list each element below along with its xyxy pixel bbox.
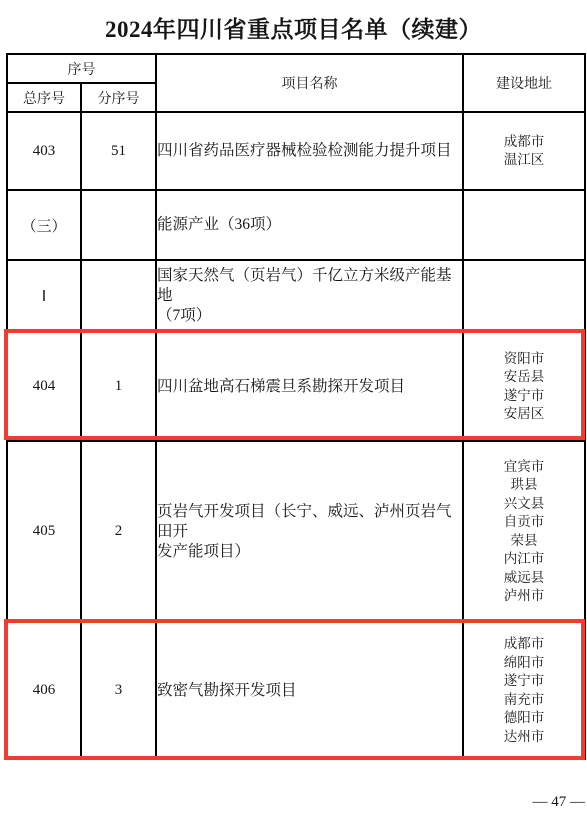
cell-project-name: 页岩气开发项目（长宁、威远、泸州页岩气田开 发产能项目） xyxy=(156,441,463,622)
cell-project-name: 致密气勘探开发项目 xyxy=(156,622,463,759)
header-project-name: 项目名称 xyxy=(156,54,463,112)
page-number: — 47 — xyxy=(533,794,586,811)
cell-project-name: 国家天然气（页岩气）千亿立方米级产能基地 （7项） xyxy=(156,260,463,332)
cell-address xyxy=(463,260,585,332)
cell-total-serial: 405 xyxy=(7,441,81,622)
cell-sub-serial: 1 xyxy=(81,332,156,441)
cell-address: 宜宾市 珙县 兴文县 自贡市 荣县 内江市 威远县 泸州市 xyxy=(463,441,585,622)
cell-total-serial: 406 xyxy=(7,622,81,759)
cell-total-serial: 403 xyxy=(7,112,81,190)
table-row-highlighted: 404 1 四川盆地高石梯震旦系勘探开发项目 资阳市 安岳县 遂宁市 安居区 xyxy=(7,332,585,441)
cell-sub-serial: 2 xyxy=(81,441,156,622)
table-row: （三） 能源产业（36项） xyxy=(7,190,585,260)
cell-project-name: 四川省药品医疗器械检验检测能力提升项目 xyxy=(156,112,463,190)
cell-project-name: 能源产业（36项） xyxy=(156,190,463,260)
cell-address: 资阳市 安岳县 遂宁市 安居区 xyxy=(463,332,585,441)
cell-total-serial: 404 xyxy=(7,332,81,441)
cell-address: 成都市 温江区 xyxy=(463,112,585,190)
header-serial-group: 序号 xyxy=(7,54,156,83)
header-address: 建设地址 xyxy=(463,54,585,112)
page-title: 2024年四川省重点项目名单（续建） xyxy=(0,11,587,44)
table-row-highlighted: 406 3 致密气勘探开发项目 成都市 绵阳市 遂宁市 南充市 德阳市 达州市 xyxy=(7,622,585,759)
cell-sub-serial: 3 xyxy=(81,622,156,759)
cell-address: 成都市 绵阳市 遂宁市 南充市 德阳市 达州市 xyxy=(463,622,585,759)
cell-address xyxy=(463,190,585,260)
cell-sub-serial: 51 xyxy=(81,112,156,190)
cell-sub-serial xyxy=(81,260,156,332)
table-row: Ⅰ 国家天然气（页岩气）千亿立方米级产能基地 （7项） xyxy=(7,260,585,332)
table-row: 405 2 页岩气开发项目（长宁、威远、泸州页岩气田开 发产能项目） 宜宾市 珙… xyxy=(7,441,585,622)
cell-sub-serial xyxy=(81,190,156,260)
cell-project-name: 四川盆地高石梯震旦系勘探开发项目 xyxy=(156,332,463,441)
table-row: 403 51 四川省药品医疗器械检验检测能力提升项目 成都市 温江区 xyxy=(7,112,585,190)
header-total-serial: 总序号 xyxy=(7,83,81,112)
header-sub-serial: 分序号 xyxy=(81,83,156,112)
cell-total-serial: （三） xyxy=(7,190,81,260)
projects-table: 序号 项目名称 建设地址 总序号 分序号 403 51 四川省药品医疗器械检验检… xyxy=(6,53,586,760)
cell-total-serial: Ⅰ xyxy=(7,260,81,332)
